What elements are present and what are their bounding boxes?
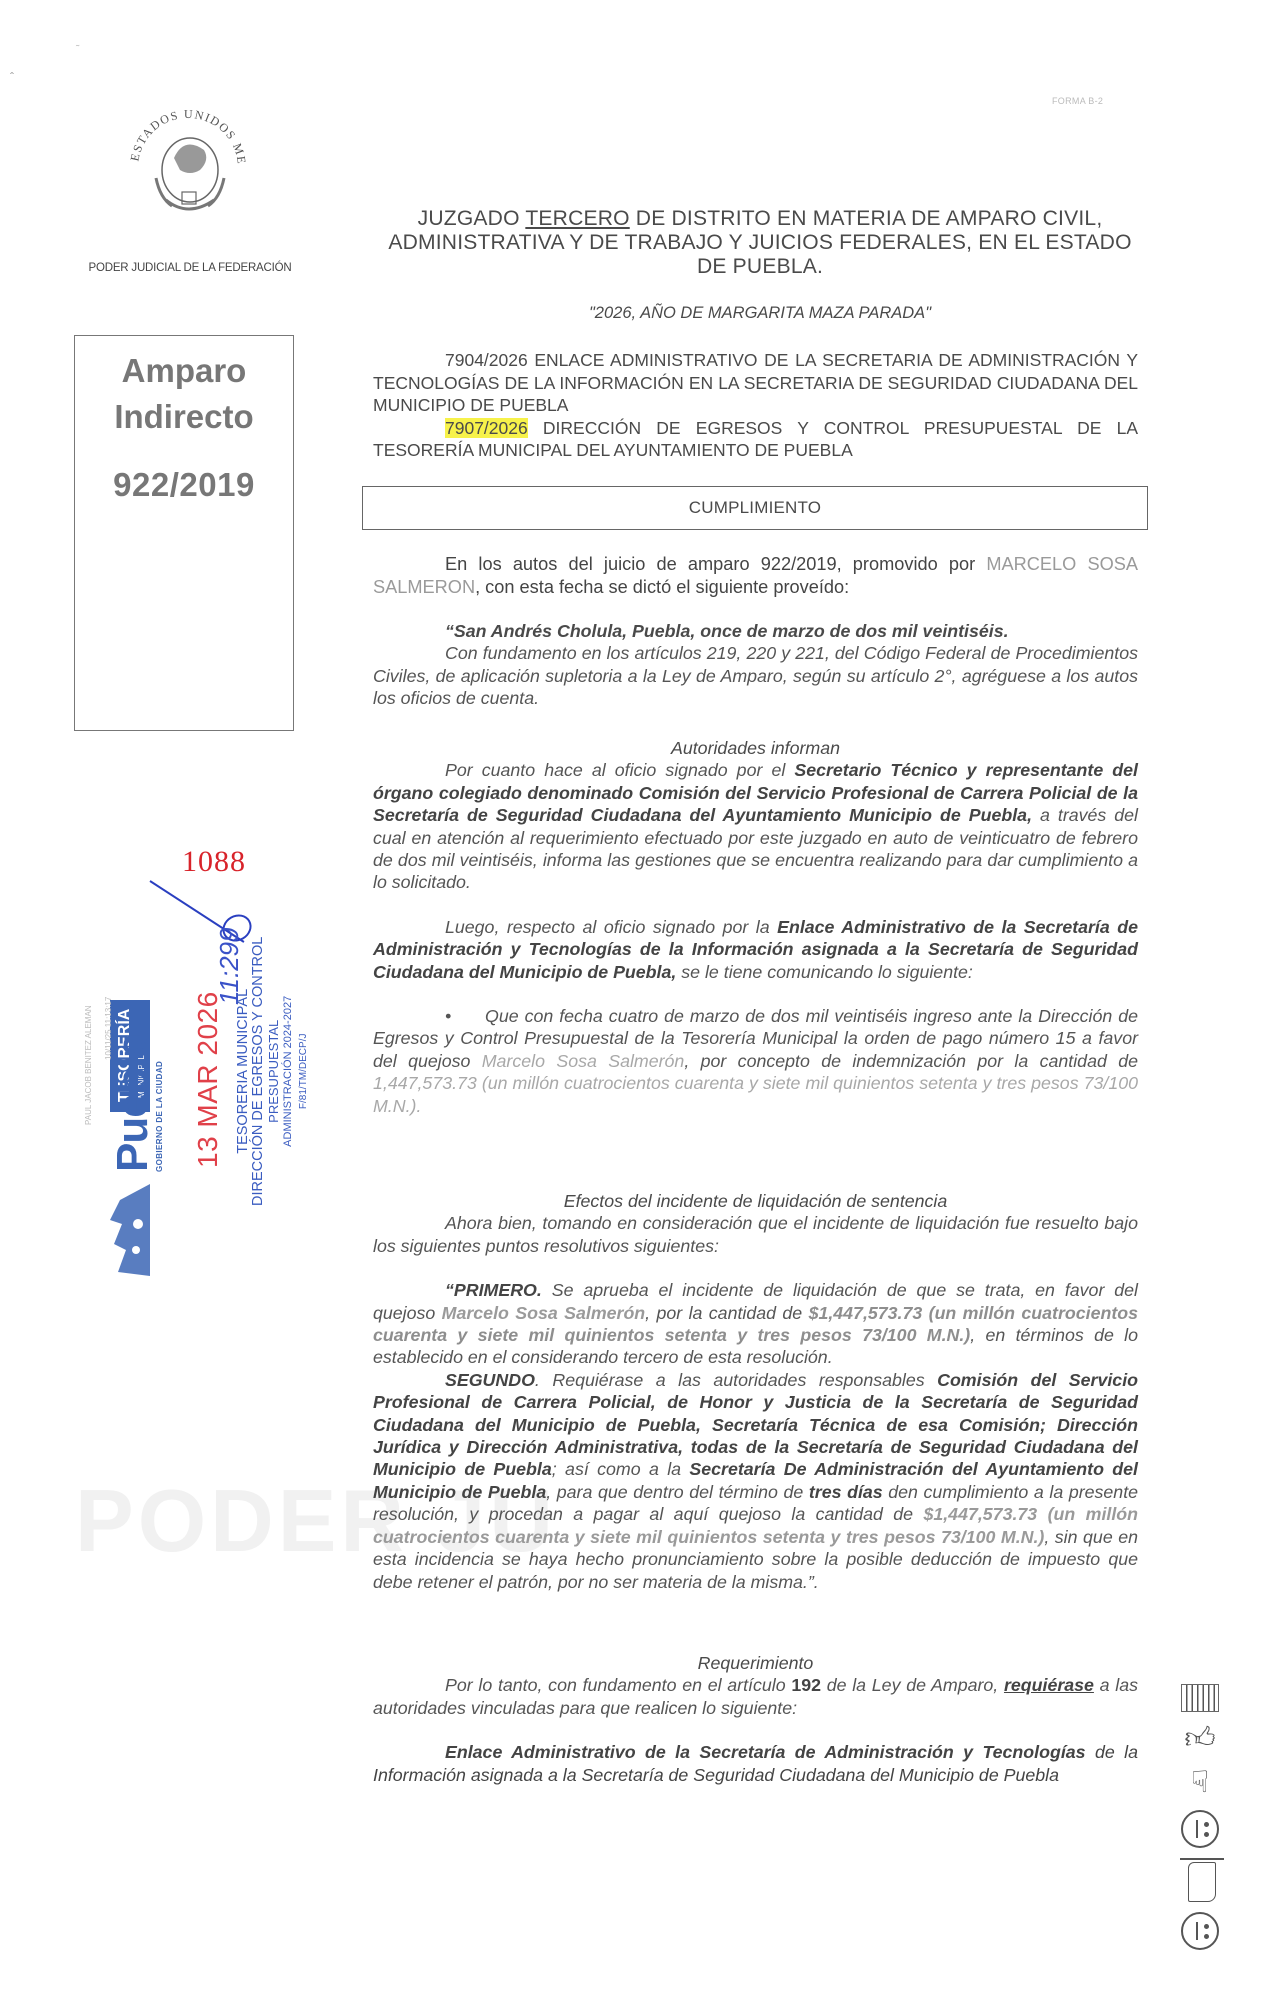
paragraph-text: de la Ley de Amparo,	[821, 1675, 1004, 1695]
puebla-logo-word: Puebla	[108, 1034, 158, 1172]
paragraph-text: , para que dentro del término de	[546, 1482, 809, 1502]
receiver-line: PRESUPUESTAL	[266, 937, 281, 1206]
section-title-box: CUMPLIMIENTO	[362, 486, 1148, 530]
proveido-opening: “San Andrés Cholula, Puebla, once de mar…	[373, 620, 1138, 710]
paragraph-text: , por la cantidad de	[645, 1303, 808, 1323]
seal-caption: PODER JUDICIAL DE LA FEDERACIÓN	[60, 262, 320, 274]
puebla-logo-tagline: GOBIERNO DE LA CIUDAD	[155, 1061, 164, 1172]
paragraph-text: Luego, respecto al oficio signado por la	[445, 917, 777, 937]
quejoso-name: Marcelo Sosa Salmerón	[442, 1303, 646, 1323]
paragraph-text: se le tiene comunicando lo siguiente:	[676, 962, 973, 982]
folio-stamp: 1088	[182, 845, 246, 879]
order-verb: requiérase	[1004, 1675, 1094, 1695]
paragraph-text: Por cuanto hace al oficio signado por el	[445, 760, 794, 780]
section-requerimiento: Requerimiento Por lo tanto, con fundamen…	[373, 1652, 1138, 1786]
thumb-right-icon: 👍︎	[1180, 1722, 1220, 1756]
intro-text: En los autos del juicio de amparo 922/20…	[445, 554, 986, 574]
form-code: FORMA B-2	[1052, 96, 1103, 106]
oficio-number: 7904/2026	[445, 350, 528, 370]
paragraph-text: Ahora bien, tomando en consideración que…	[373, 1212, 1138, 1257]
case-box: Amparo Indirecto 922/2019	[74, 335, 294, 731]
year-motto: "2026, AÑO DE MARGARITA MAZA PARADA"	[370, 304, 1150, 323]
section-heading: Efectos del incidente de liquidación de …	[373, 1190, 1138, 1212]
court-title: JUZGADO TERCERO DE DISTRITO EN MATERIA D…	[378, 206, 1142, 278]
intro-text: , con esta fecha se dictó el siguiente p…	[475, 577, 849, 597]
receiver-line: DIRECCIÓN DE EGRESOS Y CONTROL	[251, 937, 266, 1206]
puebla-emblem-icon	[100, 1180, 156, 1280]
finger-down-icon: ☟	[1180, 1766, 1220, 1800]
national-seal-icon: ESTADOS UNIDOS MEXICANOS	[118, 88, 258, 238]
proveido-dateline: “San Andrés Cholula, Puebla, once de mar…	[373, 620, 1138, 642]
barcode-icon	[1181, 1684, 1219, 1712]
receiver-line: F/81/TM/DECP/J	[296, 937, 311, 1206]
section-heading: Requerimiento	[373, 1652, 1138, 1674]
receiver-line: TESORERIA MUNICIPAL	[236, 937, 251, 1206]
resolutive-label: “PRIMERO.	[445, 1280, 542, 1300]
receiver-stamp: TESORERIA MUNICIPAL DIRECCIÓN DE EGRESOS…	[236, 937, 311, 1206]
intro-paragraph: En los autos del juicio de amparo 922/20…	[373, 553, 1138, 599]
bullet-item: •Que con fecha cuatro de marzo de dos mi…	[373, 1005, 1138, 1117]
amount: 1,447,573.73 (un millón cuatrocientos cu…	[373, 1073, 1138, 1115]
paragraph-text: Por lo tanto, con fundamento en el artíc…	[445, 1675, 791, 1695]
face-icon	[1181, 1810, 1219, 1848]
bullet-icon: •	[445, 1005, 485, 1027]
received-date-stamp: 13 MAR 2026	[192, 991, 224, 1168]
proveido-fundamento: Con fundamento en los artículos 219, 220…	[373, 642, 1138, 709]
receiver-line: ADMINISTRACIÓN 2024-2027	[281, 937, 296, 1206]
face-icon	[1181, 1912, 1219, 1950]
corner-mark: ˜	[76, 44, 79, 55]
section-efectos: Efectos del incidente de liquidación de …	[373, 1190, 1138, 1593]
case-type-line1: Amparo	[75, 348, 293, 394]
corner-mark: ˆ	[10, 70, 14, 84]
paragraph-text: ; así como a la	[552, 1459, 690, 1479]
margin-icons: 👍︎ ☟	[1180, 1684, 1220, 1960]
addressee-item: 7907/2026 DIRECCIÓN DE EGRESOS Y CONTROL…	[373, 417, 1138, 462]
case-number: 922/2019	[75, 462, 293, 508]
paragraph-text: , por concepto de indemnización por la c…	[684, 1051, 1138, 1071]
scroll-icon	[1180, 1858, 1224, 1902]
addressee-list: 7904/2026 ENLACE ADMINISTRATIVO DE LA SE…	[373, 349, 1138, 462]
court-title-underlined: TERCERO	[525, 206, 629, 230]
deadline: tres días	[809, 1482, 883, 1502]
authority-name: Enlace Administrativo de la Secretaría d…	[445, 1742, 1086, 1762]
section-autoridades: Autoridades informan Por cuanto hace al …	[373, 737, 1138, 1117]
faint-receiver-name: PAUL JACOB BENITEZ ALEMAN	[84, 1005, 93, 1125]
section-heading: Autoridades informan	[373, 737, 1138, 759]
addressee-item: 7904/2026 ENLACE ADMINISTRATIVO DE LA SE…	[373, 349, 1138, 417]
court-title-pre: JUZGADO	[418, 206, 526, 230]
faint-receiver-date: 10/11/25 11:13:17	[104, 997, 113, 1060]
quejoso-name: Marcelo Sosa Salmerón	[482, 1051, 685, 1071]
resolutive-label: SEGUNDO	[445, 1370, 535, 1390]
paragraph-text: . Requiérase a las autoridades responsab…	[535, 1370, 937, 1390]
oficio-number-highlighted: 7907/2026	[445, 418, 528, 438]
case-type-line2: Indirecto	[75, 394, 293, 440]
article-number: 192	[791, 1675, 821, 1695]
